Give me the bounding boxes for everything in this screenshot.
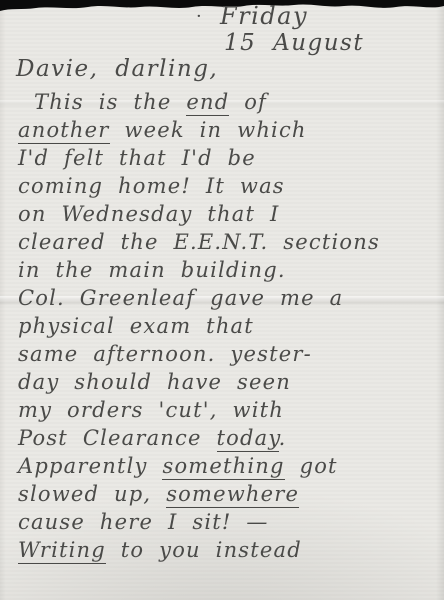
date-weekday: Friday [220, 2, 308, 30]
letter-line: Apparently something got [18, 452, 440, 480]
text-segment: week in which [110, 118, 307, 142]
letter-line: cleared the E.E.N.T. sections [18, 228, 440, 256]
text-segment: slowed up, [18, 482, 166, 506]
text-segment: my orders 'cut', with [18, 398, 284, 422]
text-segment: on Wednesday that I [18, 202, 280, 226]
text-segment: physical exam that [18, 314, 254, 338]
letter-line: This is the end of [18, 88, 440, 116]
scanned-letter-page: · Friday 15 August Davie, darling, This … [0, 0, 444, 600]
letter-line: cause here I sit! — [18, 508, 440, 536]
letter-line: on Wednesday that I [18, 200, 440, 228]
letter-paper: · Friday 15 August Davie, darling, This … [0, 0, 444, 600]
letter-body: This is the end ofanother week in whichI… [18, 88, 440, 564]
underlined-word: another [18, 118, 110, 144]
text-segment: got [285, 454, 338, 478]
letter-line: slowed up, somewhere [18, 480, 440, 508]
letter-line: Col. Greenleaf gave me a [18, 284, 440, 312]
text-segment: coming home! It was [18, 174, 285, 198]
letter-line: coming home! It was [18, 172, 440, 200]
text-segment: . [279, 426, 287, 450]
text-segment: in the main building. [18, 258, 286, 282]
pen-dot-mark: · [196, 8, 202, 26]
text-segment: day should have seen [18, 370, 291, 394]
underlined-word: something [162, 454, 284, 480]
letter-line: Post Clearance today. [18, 424, 440, 452]
underlined-word: somewhere [166, 482, 299, 508]
letter-line: another week in which [18, 116, 440, 144]
text-segment: I'd felt that I'd be [18, 146, 256, 170]
letter-line: I'd felt that I'd be [18, 144, 440, 172]
text-segment: cleared the E.E.N.T. sections [18, 230, 380, 254]
letter-line: day should have seen [18, 368, 440, 396]
text-segment: Col. Greenleaf gave me a [18, 286, 343, 310]
underlined-word: today [217, 426, 279, 452]
letter-line: my orders 'cut', with [18, 396, 440, 424]
text-segment: same afternoon. yester- [18, 342, 312, 366]
text-segment: This is the [34, 90, 186, 114]
letter-line: same afternoon. yester- [18, 340, 440, 368]
underlined-word: end [186, 90, 229, 116]
text-segment: Apparently [18, 454, 162, 478]
letter-line: Writing to you instead [18, 536, 440, 564]
letter-line: physical exam that [18, 312, 440, 340]
date-line: 15 August [224, 30, 364, 56]
text-segment: cause here I sit! — [18, 510, 269, 534]
salutation: Davie, darling, [16, 56, 218, 82]
text-segment: of [229, 90, 267, 114]
text-segment: Post Clearance [18, 426, 217, 450]
underlined-word: Writing [18, 538, 106, 564]
letter-line: in the main building. [18, 256, 440, 284]
text-segment: to you instead [106, 538, 302, 562]
